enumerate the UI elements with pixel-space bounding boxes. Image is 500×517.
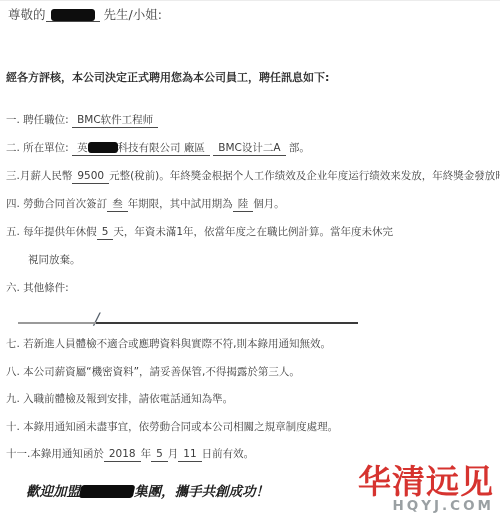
item-contract-years: 叁 xyxy=(107,198,128,212)
item-contract-mid: 年期限，其中試用期為 xyxy=(128,198,233,210)
item-contract-prefix: 四. 勞動合同首次簽訂 xyxy=(6,198,107,210)
item-checkup-notice: 九. 入職前體檢及報到安排，請依電話通知為準。 xyxy=(6,392,500,407)
item-validity-year-label: 年 xyxy=(141,448,152,460)
item-validity: 十一.本錄用通知函於2018年5月11日前有效。 xyxy=(6,447,500,462)
intro-statement: 經各方評核，本公司決定正式聘用您為本公司員工，聘任訊息如下: xyxy=(6,69,500,85)
recipient-name-underline xyxy=(46,8,100,22)
redacted-company xyxy=(88,142,118,153)
item-leave: 五. 每年提供年休假5天，年資未滿1年，依當年度之在職比例計算。當年度未休完 xyxy=(6,225,500,240)
item-unit-company: 英科技有限公司 廠區 xyxy=(72,142,210,156)
item-salary-suffix: 元整(稅前)。年終獎金根据个人工作绩效及企业年度运行绩效来发放，年終獎金發放時需… xyxy=(109,170,500,182)
item-validity-suffix: 日前有效。 xyxy=(202,448,255,460)
redacted-name xyxy=(51,9,95,21)
hqyj-logo: 华清远见 HQYJ.COM xyxy=(358,465,494,514)
item-leave-days: 5 xyxy=(97,226,114,240)
item-unit-dept: BMC设计二A xyxy=(213,142,285,156)
item-unit-label: 二. 所在單位: xyxy=(6,142,69,154)
item-misc-rules: 十. 本錄用通知函未盡事宜，依勞動合同或本公司相關之規章制度處理。 xyxy=(6,420,500,435)
item-validity-month: 5 xyxy=(151,448,168,462)
item-contract-months: 陸 xyxy=(233,198,254,212)
item-position-label: 一. 聘任職位: xyxy=(6,114,69,126)
closing-prefix: 歡迎加盟 xyxy=(26,484,80,500)
salutation-prefix: 尊敬的 xyxy=(8,7,46,22)
item-leave-wrap: 視同放棄。 xyxy=(28,253,500,268)
redacted-group-name xyxy=(79,485,136,498)
item-salary-prefix: 三.月薪人民幣 xyxy=(6,170,72,182)
item-validity-year: 2018 xyxy=(104,448,141,462)
item-invalidation: 七. 若新進人員體檢不適合或應聘資料與實際不符,則本錄用通知無效。 xyxy=(6,337,500,352)
item-salary: 三.月薪人民幣9500元整(稅前)。年終獎金根据个人工作绩效及企业年度运行绩效来… xyxy=(6,169,500,184)
item-unit: 二. 所在單位: 英科技有限公司 廠區 BMC设计二A 部。 xyxy=(6,141,500,156)
item-contract-suffix: 個月。 xyxy=(253,198,285,210)
item-confidentiality: 八. 本公司薪資屬“機密資料”，請妥善保管,不得揭露於第三人。 xyxy=(6,365,500,380)
salutation-suffix: 先生/小姐: xyxy=(104,7,162,22)
logo-wordmark: 华清远见 xyxy=(358,465,494,500)
item-validity-prefix: 十一.本錄用通知函於 xyxy=(6,448,104,460)
item-other-conditions: 六. 其他條件: xyxy=(6,281,500,296)
item-validity-day: 11 xyxy=(178,448,201,462)
item-leave-prefix: 五. 每年提供年休假 xyxy=(6,226,97,238)
offer-items: 一. 聘任職位: BMC软件工程师 二. 所在單位: 英科技有限公司 廠區 BM… xyxy=(6,113,500,462)
salutation-line: 尊敬的 先生/小姐: xyxy=(8,1,500,23)
other-conditions-blank: / xyxy=(18,309,358,324)
company-suffix: 科技有限公司 廠區 xyxy=(118,142,205,154)
closing-suffix: 集團，攜手共創成功！ xyxy=(134,484,269,500)
item-salary-amount: 9500 xyxy=(72,170,109,184)
item-validity-month-label: 月 xyxy=(168,448,179,460)
item-unit-suffix: 部。 xyxy=(289,142,310,154)
item-contract: 四. 勞動合同首次簽訂叁年期限，其中試用期為陸個月。 xyxy=(6,197,500,212)
item-position-value: BMC软件工程师 xyxy=(72,114,158,128)
item-leave-suffix: 天，年資未滿1年，依當年度之在職比例計算。當年度未休完 xyxy=(113,226,393,238)
blank-underline xyxy=(18,322,358,324)
slash-mark: / xyxy=(94,309,99,328)
company-prefix: 英 xyxy=(77,142,88,154)
item-position: 一. 聘任職位: BMC软件工程师 xyxy=(6,113,500,128)
